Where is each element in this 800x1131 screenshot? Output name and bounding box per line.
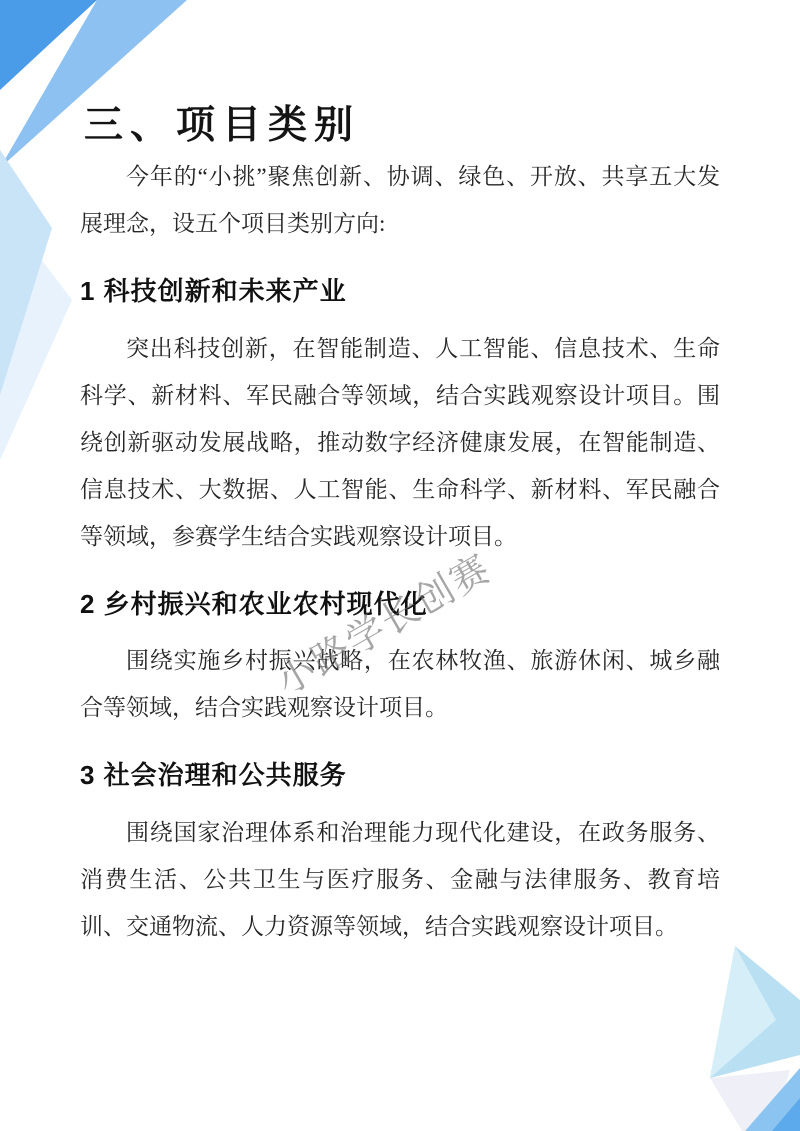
section-3-body: 围绕国家治理体系和治理能力现代化建设，在政务服务、消费生活、公共卫生与医疗服务、… [80,809,720,950]
document-page: 三、项目类别 今年的“小挑”聚焦创新、协调、绿色、开放、共享五大发展理念，设五个… [0,0,800,1131]
page-title: 三、项目类别 [84,104,720,149]
section-1-body: 突出科技创新，在智能制造、人工智能、信息技术、生命科学、新材料、军民融合等领域，… [80,325,720,560]
document-content: 三、项目类别 今年的“小挑”聚焦创新、协调、绿色、开放、共享五大发展理念，设五个… [0,0,800,950]
triangle-bottom-right-blue-mid [745,1068,800,1131]
intro-paragraph: 今年的“小挑”聚焦创新、协调、绿色、开放、共享五大发展理念，设五个项目类别方向: [80,153,720,247]
section-3-heading: 3 社会治理和公共服务 [80,759,720,793]
section-2-heading: 2 乡村振兴和农业农村现代化 [80,588,720,622]
section-2-body: 围绕实施乡村振兴战略，在农林牧渔、旅游休闲、城乡融合等领域，结合实践观察设计项目… [80,637,720,731]
triangle-bottom-right-cyan-deep [710,946,800,1078]
triangle-bottom-right-blue-deep [772,1098,800,1131]
triangle-bottom-right-lavender [710,1070,790,1131]
section-1-heading: 1 科技创新和未来产业 [80,275,720,309]
triangle-bottom-right-cyan-light [710,946,776,1078]
